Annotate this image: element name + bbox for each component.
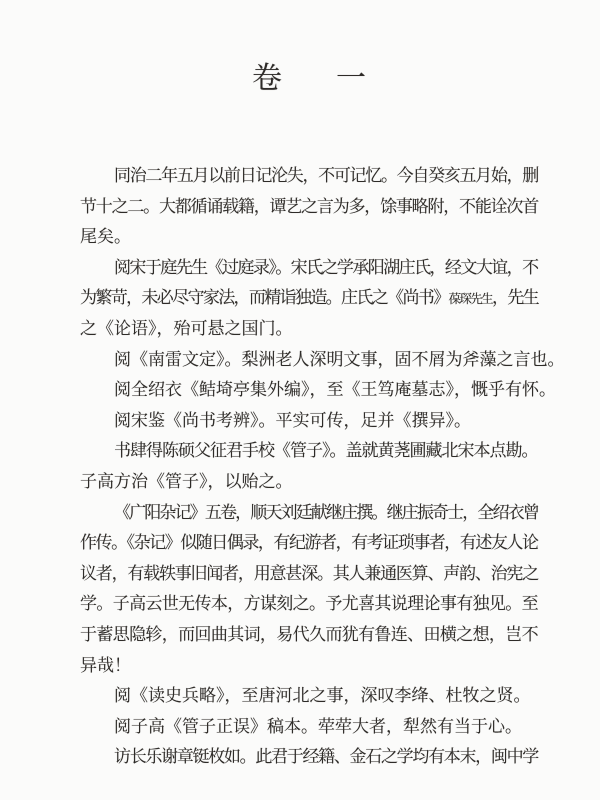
text-run: 作传。《杂记》似随日偶录，有纪游者，有考证琐事者，有述友人论 (80, 533, 538, 552)
text-line: 节十之二。大都循诵载籍，谭艺之言为多，馀事略附，不能诠次首 (80, 192, 538, 223)
text-run: 为繁苛，未必尽守家法，而精诣独造。庄氏之《尚书》 (80, 288, 449, 307)
text-run: 《广阳杂记》五卷，顺天刘廷献继庄撰。继庄振奇士，全绍衣曾 (114, 503, 538, 522)
chapter-title-char-left: 卷 (252, 60, 282, 98)
text-run: 议者，有载轶事旧闻者，用意甚深。其人兼通医算、声韵、治宪之 (80, 564, 538, 583)
text-line: 尾矣。 (80, 222, 538, 253)
text-line: 为繁苛，未必尽守家法，而精诣独造。庄氏之《尚书》葆琛先生，先生 (80, 283, 538, 314)
text-run: 阅全绍衣《鲒埼亭集外编》，至《王笃庵墓志》，慨乎有怀。 (114, 380, 556, 399)
text-line: 书肆得陈硕父征君手校《管子》。盖就黄荛圃藏北宋本点勘。 (80, 436, 538, 467)
text-line: 子高方治《管子》，以贻之。 (80, 467, 538, 498)
text-run: 节十之二。大都循诵载籍，谭艺之言为多，馀事略附，不能诠次首 (80, 197, 538, 216)
text-line: 《广阳杂记》五卷，顺天刘廷献继庄撰。继庄振奇士，全绍衣曾 (80, 498, 538, 529)
text-run: 异哉！ (80, 656, 131, 675)
text-line: 学。子高云世无传本，方谋刻之。予尤喜其说理论事有独见。至 (80, 589, 538, 620)
text-line: 之《论语》，殆可悬之国门。 (80, 314, 538, 345)
text-run: 于蓄思隐轸，而回曲其词，易代久而犹有鲁连、田横之想，岂不 (80, 625, 538, 644)
text-run: 之《论语》，殆可悬之国门。 (80, 319, 293, 338)
text-line: 议者，有载轶事旧闻者，用意甚深。其人兼通医算、声韵、治宪之 (80, 559, 538, 590)
text-line: 阅《读史兵略》，至唐河北之事，深叹李绛、杜牧之贤。 (80, 681, 538, 712)
text-line: 异哉！ (80, 651, 538, 682)
text-run: 同治二年五月以前日记沦失，不可记忆。今自癸亥五月始，删 (114, 166, 538, 185)
text-run: ，先生 (492, 288, 538, 307)
text-line: 阅宋于庭先生《过庭录》。宋氏之学承阳湖庄氏，经文大谊，不 (80, 253, 538, 284)
body-text: 同治二年五月以前日记沦失，不可记忆。今自癸亥五月始，删节十之二。大都循诵载籍，谭… (80, 161, 538, 773)
text-run: 阅宋于庭先生《过庭录》。宋氏之学承阳湖庄氏，经文大谊，不 (114, 258, 538, 277)
inline-annotation-small: 葆琛先生 (449, 292, 492, 306)
text-run: 学。子高云世无传本，方谋刻之。予尤喜其说理论事有独见。至 (80, 594, 538, 613)
text-line: 同治二年五月以前日记沦失，不可记忆。今自癸亥五月始，删 (80, 161, 538, 192)
text-line: 阅子高《管子正误》稿本。荦荦大者，犁然有当于心。 (80, 712, 538, 743)
text-run: 阅《读史兵略》，至唐河北之事，深叹李绛、杜牧之贤。 (114, 686, 531, 705)
text-run: 尾矣。 (80, 227, 131, 246)
chapter-title: 卷 一 (80, 60, 538, 98)
book-page: 卷 一 同治二年五月以前日记沦失，不可记忆。今自癸亥五月始，删节十之二。大都循诵… (0, 0, 600, 800)
text-line: 作传。《杂记》似随日偶录，有纪游者，有考证琐事者，有述友人论 (80, 528, 538, 559)
text-line: 于蓄思隐轸，而回曲其词，易代久而犹有鲁连、田横之想，岂不 (80, 620, 538, 651)
text-run: 阅子高《管子正误》稿本。荦荦大者，犁然有当于心。 (114, 717, 522, 736)
text-run: 子高方治《管子》，以贻之。 (80, 472, 293, 491)
text-line: 访长乐谢章铤枚如。此君于经籍、金石之学均有本末，闽中学 (80, 742, 538, 773)
text-run: 阅《南雷文定》。梨洲老人深明文事，固不屑为斧藻之言也。 (114, 350, 565, 369)
chapter-title-char-right: 一 (336, 60, 366, 98)
text-run: 书肆得陈硕父征君手校《管子》。盖就黄荛圃藏北宋本点勘。 (114, 441, 538, 460)
text-line: 阅全绍衣《鲒埼亭集外编》，至《王笃庵墓志》，慨乎有怀。 (80, 375, 538, 406)
text-run: 阅宋鉴《尚书考辨》。平实可传，足并《撰异》。 (114, 411, 471, 430)
text-line: 阅宋鉴《尚书考辨》。平实可传，足并《撰异》。 (80, 406, 538, 437)
text-run: 访长乐谢章铤枚如。此君于经籍、金石之学均有本末，闽中学 (114, 747, 538, 766)
text-line: 阅《南雷文定》。梨洲老人深明文事，固不屑为斧藻之言也。 (80, 345, 538, 376)
